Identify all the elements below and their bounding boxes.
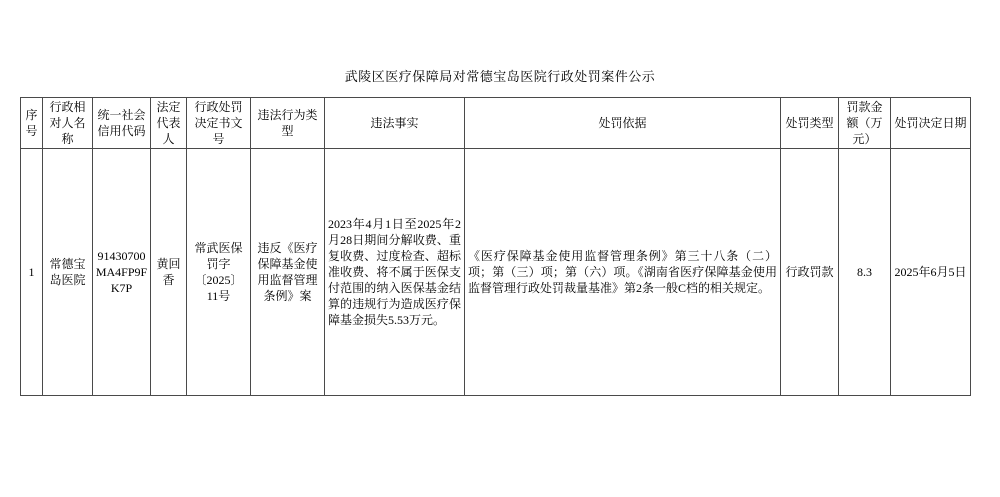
cell-violation-type: 违反《医疗保障基金使用监督管理条例》案 [251,149,325,396]
col-header-violation-type: 违法行为类型 [251,98,325,149]
cell-violation-facts: 2023年4月1日至2025年2月28日期间分解收费、重复收费、过度检查、超标准… [325,149,465,396]
cell-fine-amount: 8.3 [839,149,891,396]
cell-decision-date: 2025年6月5日 [891,149,971,396]
cell-party-name: 常德宝岛医院 [43,149,93,396]
col-header-doc-no: 行政处罚决定书文号 [187,98,251,149]
penalty-table: 序号 行政相对人名称 统一社会信用代码 法定代表人 行政处罚决定书文号 违法行为… [20,97,971,396]
col-header-decision-date: 处罚决定日期 [891,98,971,149]
cell-penalty-basis: 《医疗保障基金使用监督管理条例》第三十八条（二）项；第（三）项；第（六）项。《湖… [465,149,781,396]
page-title: 武陵区医疗保障局对常德宝岛医院行政处罚案件公示 [0,66,1000,85]
table-header-row: 序号 行政相对人名称 统一社会信用代码 法定代表人 行政处罚决定书文号 违法行为… [21,98,971,149]
cell-decision-doc-no: 常武医保罚字〔2025〕11号 [187,149,251,396]
col-header-fine-amount: 罚款金额（万元） [839,98,891,149]
table-row: 1 常德宝岛医院 91430700MA4FP9FK7P 黄回香 常武医保罚字〔2… [21,149,971,396]
col-header-penalty-type: 处罚类型 [781,98,839,149]
col-header-seq: 序号 [21,98,43,149]
col-header-penalty-basis: 处罚依据 [465,98,781,149]
col-header-legal-rep: 法定代表人 [151,98,187,149]
col-header-credit-code: 统一社会信用代码 [93,98,151,149]
cell-legal-representative: 黄回香 [151,149,187,396]
cell-seq: 1 [21,149,43,396]
cell-credit-code: 91430700MA4FP9FK7P [93,149,151,396]
cell-penalty-type: 行政罚款 [781,149,839,396]
page: 武陵区医疗保障局对常德宝岛医院行政处罚案件公示 序号 行政相对人名称 统一社会信… [0,0,1000,497]
col-header-party-name: 行政相对人名称 [43,98,93,149]
col-header-violation-facts: 违法事实 [325,98,465,149]
